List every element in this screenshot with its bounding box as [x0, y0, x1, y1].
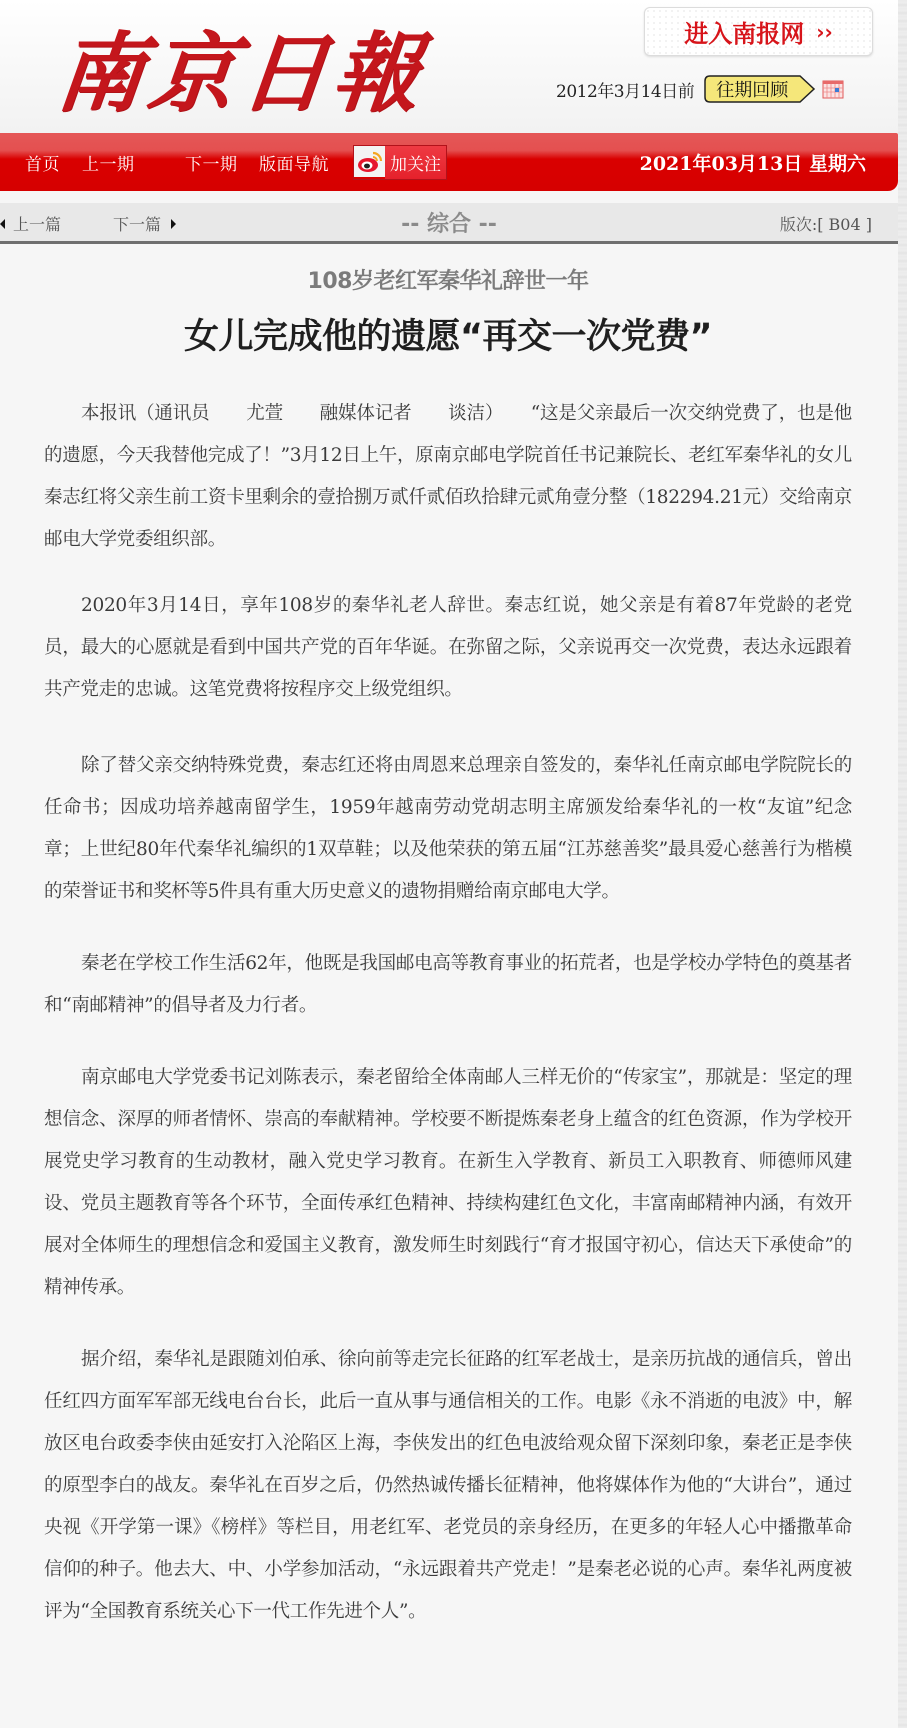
- article-nav-bar: 上一篇 下一篇 -- 综合 -- 版次:[ B04 ]: [0, 203, 898, 244]
- logo-char: 報: [327, 4, 428, 128]
- nav-page-navigation[interactable]: 版面导航: [259, 150, 329, 175]
- weibo-follow-button[interactable]: 加关注: [353, 145, 447, 180]
- logo-char: 京: [143, 4, 244, 128]
- article-paragraph: 秦老在学校工作生活62年，他既是我国邮电高等教育事业的拓荒者，也是学校办学特色的…: [44, 943, 852, 1027]
- article-paragraph: 2020年3月14日，享年108岁的秦华礼老人辞世。秦志红说，她父亲是有着87年…: [44, 585, 852, 711]
- article-body: 本报讯（通讯员 尤萱 融媒体记者 谈洁） “这是父亲最后一次交纳党费了，也是他的…: [44, 393, 852, 1633]
- archive-date-label: 2012年3月14日前: [556, 77, 694, 102]
- nav-previous-issue[interactable]: 上一期: [82, 150, 135, 175]
- current-issue-date: 2021年03月13日 星期六: [640, 149, 866, 176]
- logo-char: 日: [235, 4, 336, 128]
- main-nav-bar: 首页 上一期 下一期 版面导航 加关注 2021年03月13日 星期六: [0, 133, 898, 191]
- weibo-follow-label: 加关注: [385, 146, 446, 179]
- calendar-icon[interactable]: [822, 79, 844, 99]
- article-paragraph: 除了替父亲交纳特殊党费，秦志红还将由周恩来总理亲自签发的，秦华礼任南京邮电学院院…: [44, 745, 852, 913]
- article-kicker: 108岁老红军秦华礼辞世一年: [44, 264, 852, 295]
- article-paragraph: 本报讯（通讯员 尤萱 融媒体记者 谈洁） “这是父亲最后一次交纳党费了，也是他的…: [44, 393, 852, 561]
- archive-review-button[interactable]: 往期回顾: [704, 75, 816, 103]
- enter-nanbao-button[interactable]: 进入南报网 ››: [644, 7, 873, 56]
- article-headline: 女儿完成他的遗愿“再交一次党费”: [44, 309, 852, 359]
- edition-label: 版次:[ B04 ]: [780, 212, 872, 235]
- logo-char: 南: [51, 4, 152, 128]
- header: 南 京 日 報 进入南报网 ›› 2012年3月14日前 往期回顾: [0, 0, 898, 133]
- archive-button-label: 往期回顾: [704, 76, 788, 102]
- nav-home[interactable]: 首页: [25, 150, 60, 175]
- enter-site-label: 进入南报网: [684, 14, 804, 49]
- nav-next-issue[interactable]: 下一期: [185, 150, 238, 175]
- archive-row: 2012年3月14日前 往期回顾: [556, 73, 844, 105]
- article-paragraph: 据介绍，秦华礼是跟随刘伯承、徐向前等走完长征路的红军老战士，是亲历抗战的通信兵，…: [44, 1339, 852, 1633]
- page-edge-strip: [898, 0, 907, 1728]
- article-paragraph: 南京邮电大学党委书记刘陈表示，秦老留给全体南邮人三样无价的“传家宝”，那就是：坚…: [44, 1057, 852, 1309]
- section-title: -- 综合 --: [0, 207, 898, 238]
- article: 108岁老红军秦华礼辞世一年 女儿完成他的遗愿“再交一次党费” 本报讯（通讯员 …: [0, 264, 898, 1633]
- nanjing-daily-logo[interactable]: 南 京 日 報: [51, 2, 428, 130]
- page: 南 京 日 報 进入南报网 ›› 2012年3月14日前 往期回顾: [0, 0, 898, 1663]
- double-chevron-right-icon: ››: [816, 20, 832, 44]
- weibo-icon: [354, 146, 385, 177]
